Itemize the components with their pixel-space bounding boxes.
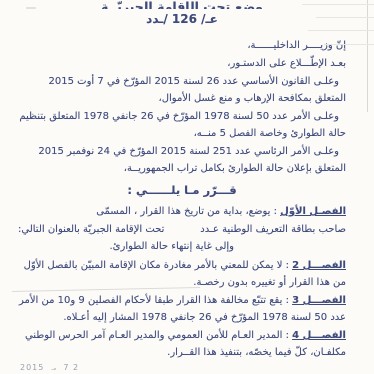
- preamble-law-2015: وعلـى القانون الأساسي عدد 26 لسنة 2015 ا…: [18, 73, 346, 107]
- reference-number: عـ/ 126 /ـدد: [18, 10, 346, 28]
- article-1-id-right: صاحب بطاقة التعريف الوطنية عـدد: [200, 221, 346, 238]
- article-1-duration-line: وإلى غاية إنتهاء حالة الطوارئ.: [18, 238, 346, 255]
- article-1-id-left: تحت الإقامة الجبريّة بالعنوان التالي:: [18, 221, 164, 238]
- article-4: الفصـــل 4 : المدير العـام للأمن العمومي…: [18, 327, 346, 361]
- article-1-label: الفصـل الأوّل: [280, 206, 346, 217]
- stamp-day: 2 7: [63, 362, 79, 374]
- article-4-label: الفصـــل 4: [292, 330, 346, 341]
- preamble-minister-line: إنّ وزيــــر الداخليــــــة،: [18, 37, 346, 54]
- article-2-label: الفصـــل 2: [292, 260, 346, 271]
- document-title: وضع تحت الإقامة الجبريّــة: [101, 0, 263, 9]
- article-1-id-line: صاحب بطاقة التعريف الوطنية عـدد تحت الإق…: [18, 221, 346, 238]
- article-2: الفصـــل 2 : لا يمكن للمعني بالأمر مغادر…: [18, 257, 346, 291]
- article-1-intro-text: : يوضع، بداية من تاريخ هذا القرار ، المس…: [96, 206, 280, 217]
- preamble-decree-2015: وعلـى الأمر الرئاسي عدد 251 لسنة 2015 ال…: [18, 143, 346, 177]
- article-3-label: الفصـــل 3: [292, 295, 346, 306]
- scan-rule-line: [308, 30, 374, 31]
- article-1-intro: الفصـل الأوّل : يوضع، بداية من تاريخ هذا…: [18, 203, 346, 220]
- article-3: الفصـــل 3 : يقع تتبّع مخالفة هذا القرار…: [18, 292, 346, 326]
- stamp-month-mark: مـ: [51, 363, 56, 374]
- document-title-clip: وضع تحت الإقامة الجبريّــة: [18, 0, 346, 9]
- stamp-year: 2015: [20, 362, 44, 374]
- scanned-decree-page: وضع تحت الإقامة الجبريّــة عـ/ 126 /ـدد …: [0, 0, 374, 374]
- preamble-decree-1978: وعلـى الأمر عدد 50 لسنة 1978 المؤرّخ في …: [18, 108, 346, 142]
- scan-edge-line: [367, 0, 368, 112]
- preamble-constitution-line: بعـد الإطّـــلاع على الدستـور،: [18, 55, 346, 72]
- decision-heading: قـــرّر مـا يلــــــي :: [18, 182, 346, 199]
- date-stamp: 2 7 مـ 2015: [20, 362, 79, 374]
